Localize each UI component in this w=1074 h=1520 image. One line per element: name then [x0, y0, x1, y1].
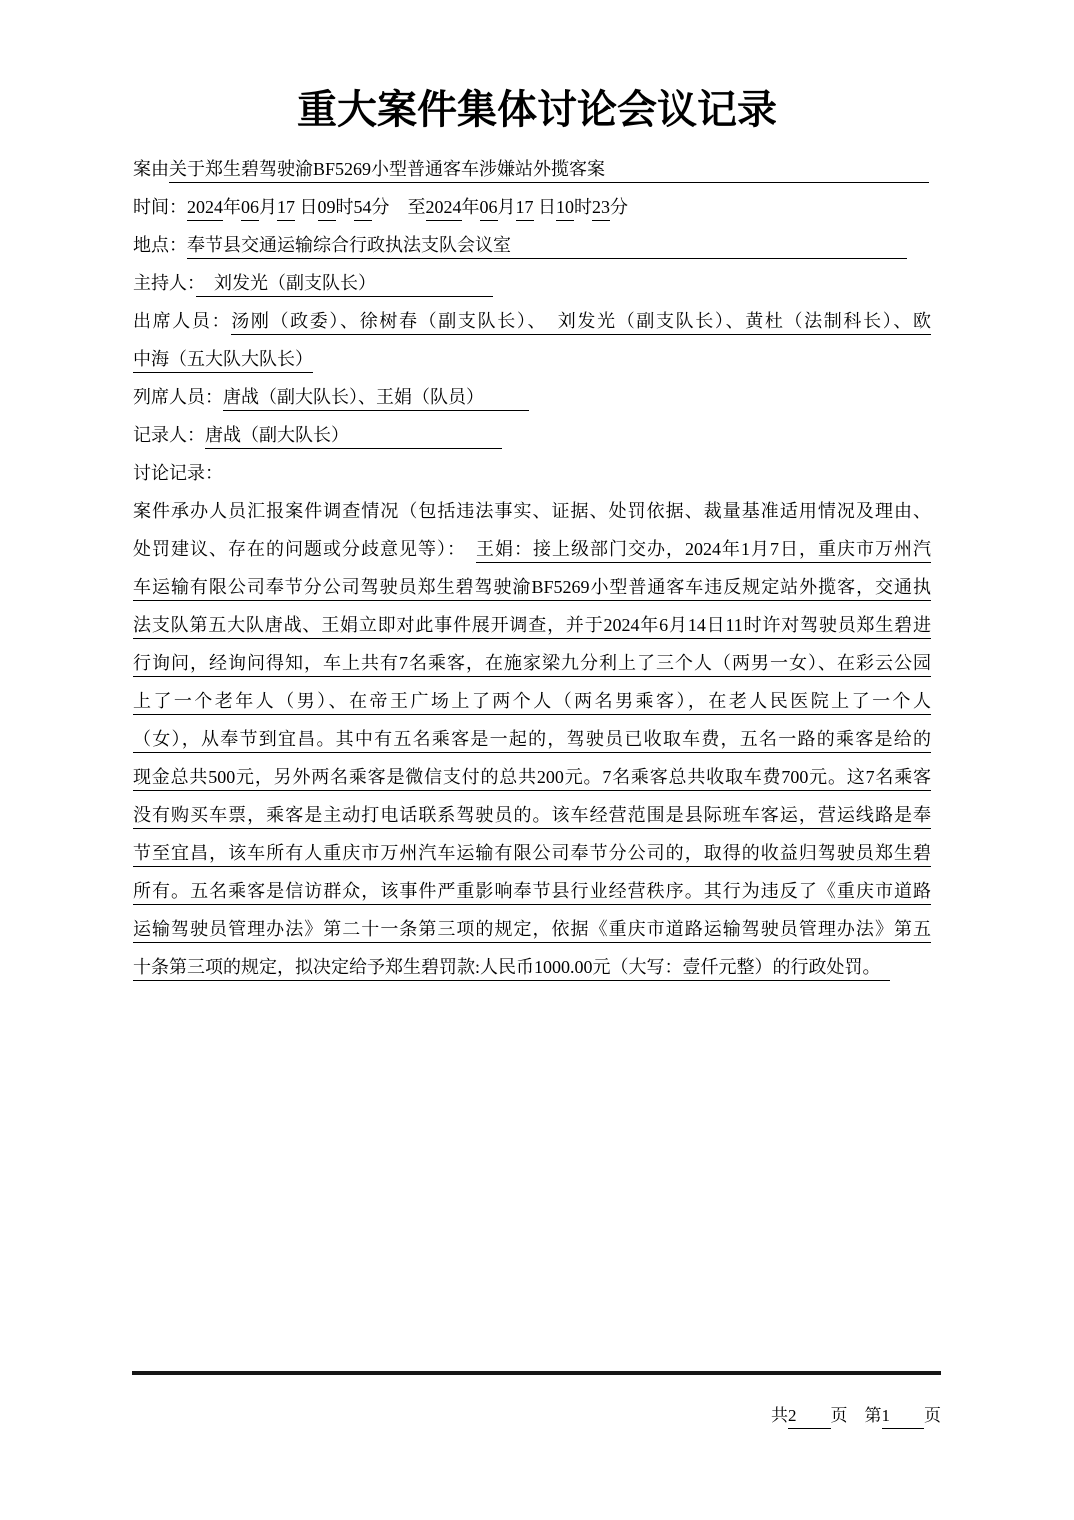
- label-text: 讨论记录：: [133, 463, 223, 483]
- label-text: 时: [336, 197, 354, 217]
- fill-in-text: 09: [318, 197, 336, 221]
- fill-in-text: 23: [592, 197, 610, 221]
- label-text: 出席人员：: [133, 311, 231, 331]
- discussion-paragraph-line: 所有。五名乘客是信访群众，该事件严重影响奉节县行业经营秩序。其行为违反了《重庆市…: [133, 872, 931, 910]
- fill-in-text: 06: [241, 197, 259, 221]
- fill-in-text: 2024: [426, 197, 462, 221]
- discussion-paragraph-line: 现金总共500元，另外两名乘客是微信支付的总共200元。7名乘客总共收取车费70…: [133, 758, 931, 796]
- footer-divider-line: [132, 1371, 941, 1375]
- discussion-paragraph-line: 案件承办人员汇报案件调查情况（包括违法事实、证据、处罚依据、裁量基准适用情况及理…: [133, 492, 931, 530]
- attendees-row: 出席人员：汤刚（政委）、徐树春（副支队长）、 刘发光（副支队长）、黄杜（法制科长…: [133, 302, 931, 340]
- fill-in-text: 2024: [187, 197, 223, 221]
- fill-in-text: 现金总共500元，另外两名乘客是微信支付的总共200元。7名乘客总共收取车费70…: [133, 767, 931, 791]
- fill-in-text: [872, 957, 890, 981]
- document-body: 案由关于郑生碧驾驶渝BF5269小型普通客车涉嫌站外揽客案 时间：2024年06…: [133, 150, 931, 986]
- fill-in-text: 运输驾驶员管理办法》第二十一条第三项的规定，依据《重庆市道路运输驾驶员管理办法》…: [133, 919, 931, 943]
- discussion-paragraph-line: 节至宜昌，该车所有人重庆市万州汽车运输有限公司奉节分公司的，取得的收益归驾驶员郑…: [133, 834, 931, 872]
- label-text: 列席人员：: [133, 387, 223, 407]
- label-text: 共: [771, 1406, 788, 1425]
- fill-in-text: 十条第三项的规定，拟决定给予郑生碧罚款:人民币1000.00元（大写：壹仟元整）…: [133, 957, 872, 981]
- fill-in-text: （女），从奉节到宜昌。其中有五名乘客是一起的，驾驶员已收取车费，五名一路的乘客是…: [133, 729, 931, 753]
- label-text: 案由: [133, 159, 169, 179]
- attendees-row-2: 中海（五大队大队长）: [133, 340, 931, 378]
- label-text: 月: [259, 197, 277, 217]
- case-subject-row: 案由关于郑生碧驾驶渝BF5269小型普通客车涉嫌站外揽客案: [133, 150, 931, 188]
- fill-in-text: 唐战（副大队长）、王娟（队员）: [223, 387, 475, 411]
- fill-in-text: 17: [516, 197, 534, 221]
- label-text: 页: [831, 1406, 848, 1425]
- time-row: 时间：2024年06月17 日09时54分 至2024年06月17 日10时23…: [133, 188, 931, 226]
- observers-row: 列席人员：唐战（副大队长）、王娟（队员）: [133, 378, 931, 416]
- fill-in-text: 奉节县交通运输综合行政执法支队会议室: [187, 235, 511, 259]
- fill-in-text: 没有购买车票，乘客是主动打电话联系驾驶员的。该车经营范围是县际班车客运，营运线路…: [133, 805, 931, 829]
- fill-in-text: 汤刚（政委）、徐树春（副支队长）、 刘发光（副支队长）、黄杜（法制科长）、欧: [231, 311, 931, 335]
- label-text: 页: [924, 1406, 941, 1425]
- fill-in-text: 行询问，经询问得知，车上共有7名乘客，在施家梁九分利上了三个人（两男一女）、在彩…: [133, 653, 931, 677]
- label-text: 日: [534, 197, 557, 217]
- label-text: 分 至: [372, 197, 426, 217]
- label-text: 日: [295, 197, 318, 217]
- fill-in-text: [340, 425, 502, 449]
- fill-in-text: 唐战（副大队长）: [205, 425, 340, 449]
- label-text: 主持人：: [133, 273, 196, 293]
- fill-in-text: [605, 159, 929, 183]
- recorder-row: 记录人：唐战（副大队长）: [133, 416, 931, 454]
- label-text: 月: [498, 197, 516, 217]
- fill-in-text: 所有。五名乘客是信访群众，该事件严重影响奉节县行业经营秩序。其行为违反了《重庆市…: [133, 881, 931, 905]
- document-title: 重大案件集体讨论会议记录: [0, 84, 1074, 136]
- discussion-paragraph-line: 处罚建议、存在的问题或分歧意见等）： 王娟：接上级部门交办，2024年1月7日，…: [133, 530, 931, 568]
- fill-in-text: 17: [277, 197, 295, 221]
- discussion-paragraph-line: （女），从奉节到宜昌。其中有五名乘客是一起的，驾驶员已收取车费，五名一路的乘客是…: [133, 720, 931, 758]
- discussion-record-heading: 讨论记录：: [133, 454, 931, 492]
- fill-in-text: 1: [882, 1406, 925, 1429]
- discussion-paragraph-line: 没有购买车票，乘客是主动打电话联系驾驶员的。该车经营范围是县际班车客运，营运线路…: [133, 796, 931, 834]
- fill-in-text: 车运输有限公司奉节分公司驾驶员郑生碧驾驶渝BF5269小型普通客车违反规定站外揽…: [133, 577, 931, 601]
- fill-in-text: 06: [480, 197, 498, 221]
- fill-in-text: 10: [556, 197, 574, 221]
- label-text: 第: [848, 1406, 882, 1425]
- discussion-paragraph-line: 车运输有限公司奉节分公司驾驶员郑生碧驾驶渝BF5269小型普通客车违反规定站外揽…: [133, 568, 931, 606]
- fill-in-text: 54: [354, 197, 372, 221]
- label-text: 记录人：: [133, 425, 205, 445]
- label-text: 年: [462, 197, 480, 217]
- label-text: 分: [610, 197, 628, 217]
- label-text: 年: [223, 197, 241, 217]
- location-row: 地点：奉节县交通运输综合行政执法支队会议室: [133, 226, 931, 264]
- fill-in-text: 2: [788, 1406, 831, 1429]
- label-text: 处罚建议、存在的问题或分歧意见等）：: [133, 539, 476, 559]
- host-row: 主持人： 刘发光（副支队长）: [133, 264, 931, 302]
- fill-in-text: 上了一个老年人（男）、在帝王广场上了两个人（两名男乘客），在老人民医院上了一个人: [133, 691, 931, 715]
- label-text: 时: [574, 197, 592, 217]
- fill-in-text: 节至宜昌，该车所有人重庆市万州汽车运输有限公司奉节分公司的，取得的收益归驾驶员郑…: [133, 843, 931, 867]
- label-text: 案件承办人员汇报案件调查情况（包括违法事实、证据、处罚依据、裁量基准适用情况及理…: [133, 501, 931, 521]
- fill-in-text: 王娟：接上级部门交办，2024年1月7日，重庆市万州汽: [476, 539, 931, 563]
- label-text: 地点：: [133, 235, 187, 255]
- fill-in-text: [511, 235, 907, 259]
- fill-in-text: 法支队第五大队唐战、王娟立即对此事件展开调查，并于2024年6月14日11时许对…: [133, 615, 931, 639]
- fill-in-text: 刘发光（副支队长）: [196, 273, 367, 297]
- discussion-paragraph-line: 运输驾驶员管理办法》第二十一条第三项的规定，依据《重庆市道路运输驾驶员管理办法》…: [133, 910, 931, 948]
- discussion-paragraph-line: 行询问，经询问得知，车上共有7名乘客，在施家梁九分利上了三个人（两男一女）、在彩…: [133, 644, 931, 682]
- fill-in-text: 关于郑生碧驾驶渝BF5269小型普通客车涉嫌站外揽客案: [169, 159, 605, 183]
- fill-in-text: [475, 387, 529, 411]
- discussion-paragraph-line: 上了一个老年人（男）、在帝王广场上了两个人（两名男乘客），在老人民医院上了一个人: [133, 682, 931, 720]
- discussion-paragraph-line: 十条第三项的规定，拟决定给予郑生碧罚款:人民币1000.00元（大写：壹仟元整）…: [133, 948, 931, 986]
- fill-in-text: 中海（五大队大队长）: [133, 349, 313, 373]
- fill-in-text: [367, 273, 493, 297]
- label-text: 时间：: [133, 197, 187, 217]
- discussion-paragraph-line: 法支队第五大队唐战、王娟立即对此事件展开调查，并于2024年6月14日11时许对…: [133, 606, 931, 644]
- page-footer: 共2 页 第1 页: [133, 1400, 941, 1432]
